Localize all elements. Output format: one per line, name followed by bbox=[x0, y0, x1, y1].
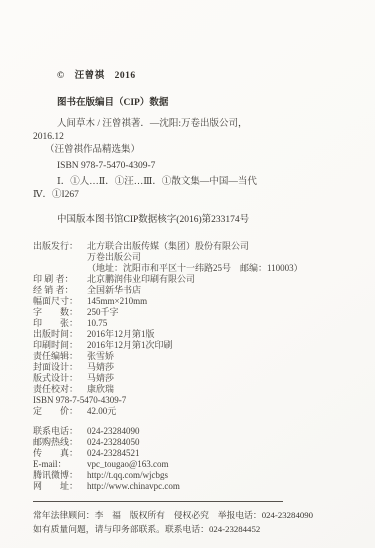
info-value: 145mm×210mm bbox=[87, 296, 357, 307]
contact-label: 传 真： bbox=[33, 448, 87, 459]
info-row: 出版时间： 2016年12月第1版 bbox=[33, 329, 357, 340]
info-value: 全国新华书店 bbox=[87, 285, 357, 296]
info-row: 封面设计： 马婧莎 bbox=[33, 362, 357, 373]
info-row: 责任校对： 康欣瑞 bbox=[33, 384, 357, 395]
contact-value: 024-23284521 bbox=[87, 448, 357, 459]
cip-isbn: ISBN 978-7-5470-4309-7 bbox=[57, 160, 357, 172]
cip-class-line: Ⅰ．①人…Ⅱ．①汪…Ⅲ．①散文集—中国—当代 bbox=[57, 176, 357, 188]
cip-record-number: 中国版本图书馆CIP数据核字(2016)第233174号 bbox=[57, 214, 357, 226]
copyright-symbol: © bbox=[57, 71, 65, 81]
info-label: 定 价： bbox=[33, 406, 87, 417]
info-row: 出版发行： 北方联合出版传媒（集团）股份有限公司 bbox=[33, 241, 357, 252]
legal-footer-line: 如有质量问题，请与印务部联系。联系电话：024-23284452 bbox=[33, 522, 283, 536]
copyright-year: 2016 bbox=[115, 71, 136, 81]
info-label: 印 张： bbox=[33, 318, 87, 329]
contact-row: E-mail： vpc_tougao@163.com bbox=[33, 459, 357, 470]
info-value: 康欣瑞 bbox=[87, 384, 357, 395]
publication-info: 出版发行： 北方联合出版传媒（集团）股份有限公司 万卷出版公司 （地址：沈阳市和… bbox=[33, 241, 357, 417]
info-value: 张雪娇 bbox=[87, 351, 357, 362]
cip-desc-line: （汪曾祺作品精选集） bbox=[45, 144, 357, 156]
cip-heading: 图书在版编目（CIP）数据 bbox=[57, 97, 357, 109]
info-value: 2016年12月第1版 bbox=[87, 329, 357, 340]
contact-label: 邮购热线： bbox=[33, 437, 87, 448]
info-value: 250千字 bbox=[87, 307, 357, 318]
legal-footer-line: 常年法律顾问：李 福 版权所有 侵权必究 举报电话：024-23284090 bbox=[33, 508, 283, 522]
info-row: ISBN 978-7-5470-4309-7 bbox=[33, 395, 357, 406]
contact-value: 024-23284050 bbox=[87, 437, 357, 448]
info-row: 定 价： 42.00元 bbox=[33, 406, 357, 417]
copyright-author: 汪曾祺 bbox=[75, 71, 105, 81]
info-label: 责任编辑： bbox=[33, 351, 87, 362]
contact-value: http://t.qq.com/wjcbgs bbox=[87, 470, 357, 481]
legal-footer: 常年法律顾问：李 福 版权所有 侵权必究 举报电话：024-23284090 如… bbox=[33, 501, 283, 536]
contact-value: vpc_tougao@163.com bbox=[87, 459, 357, 470]
page-content: ©汪曾祺2016 图书在版编目（CIP）数据 人间草木 / 汪曾祺著．—沈阳:万… bbox=[33, 70, 357, 536]
info-row: （地址：沈阳市和平区十一纬路25号 邮编：110003） bbox=[33, 263, 357, 274]
info-value: （地址：沈阳市和平区十一纬路25号 邮编：110003） bbox=[33, 263, 357, 274]
info-value: 10.75 bbox=[87, 318, 357, 329]
info-label: 责任校对： bbox=[33, 384, 87, 395]
info-label: 印刷时间： bbox=[33, 340, 87, 351]
info-row: 印 张： 10.75 bbox=[33, 318, 357, 329]
cip-desc-line: 人间草木 / 汪曾祺著．—沈阳:万卷出版公司， bbox=[57, 118, 357, 130]
info-value: 马婧莎 bbox=[87, 362, 357, 373]
contact-row: 联系电话： 024-23284090 bbox=[33, 426, 357, 437]
info-label: 印 刷 者： bbox=[33, 274, 87, 285]
info-row: 版式设计： 马婧莎 bbox=[33, 373, 357, 384]
info-row: 经 销 者： 全国新华书店 bbox=[33, 285, 357, 296]
contact-label: 网 址： bbox=[33, 481, 87, 492]
info-label: 字 数： bbox=[33, 307, 87, 318]
info-label: 封面设计： bbox=[33, 362, 87, 373]
contact-info: 联系电话： 024-23284090 邮购热线： 024-23284050 传 … bbox=[33, 426, 357, 492]
cip-block: 人间草木 / 汪曾祺著．—沈阳:万卷出版公司， 2016.12 （汪曾祺作品精选… bbox=[33, 118, 357, 201]
info-value: 2016年12月第1次印刷 bbox=[87, 340, 357, 351]
info-label: 经 销 者： bbox=[33, 285, 87, 296]
contact-row: 邮购热线： 024-23284050 bbox=[33, 437, 357, 448]
info-row: 万卷出版公司 bbox=[33, 252, 357, 263]
info-label: 幅面尺寸： bbox=[33, 296, 87, 307]
info-row: 责任编辑： 张雪娇 bbox=[33, 351, 357, 362]
info-row: 印 刷 者： 北京鹏润伟业印刷有限公司 bbox=[33, 274, 357, 285]
info-value: 马婧莎 bbox=[87, 373, 357, 384]
contact-label: 联系电话： bbox=[33, 426, 87, 437]
info-label: 出版发行： bbox=[33, 241, 87, 252]
contact-value: http://www.chinavpc.com bbox=[87, 481, 357, 492]
info-row: 字 数： 250千字 bbox=[33, 307, 357, 318]
book-copyright-page: ©汪曾祺2016 图书在版编目（CIP）数据 人间草木 / 汪曾祺著．—沈阳:万… bbox=[0, 0, 375, 548]
info-value: 北方联合出版传媒（集团）股份有限公司 bbox=[87, 241, 357, 252]
contact-value: 024-23284090 bbox=[87, 426, 357, 437]
cip-class-line: Ⅳ．①I267 bbox=[33, 189, 357, 201]
copyright-line: ©汪曾祺2016 bbox=[57, 70, 357, 82]
contact-row: 网 址： http://www.chinavpc.com bbox=[33, 481, 357, 492]
info-value: ISBN 978-7-5470-4309-7 bbox=[33, 395, 357, 406]
contact-row: 传 真： 024-23284521 bbox=[33, 448, 357, 459]
contact-label: 腾讯微博： bbox=[33, 470, 87, 481]
info-value: 42.00元 bbox=[87, 406, 357, 417]
info-value: 万卷出版公司 bbox=[33, 252, 357, 263]
info-label: 出版时间： bbox=[33, 329, 87, 340]
cip-desc-line: 2016.12 bbox=[33, 131, 357, 143]
contact-row: 腾讯微博： http://t.qq.com/wjcbgs bbox=[33, 470, 357, 481]
info-row: 印刷时间： 2016年12月第1次印刷 bbox=[33, 340, 357, 351]
info-value: 北京鹏润伟业印刷有限公司 bbox=[87, 274, 357, 285]
contact-label: E-mail： bbox=[33, 459, 87, 470]
info-label: 版式设计： bbox=[33, 373, 87, 384]
info-row: 幅面尺寸： 145mm×210mm bbox=[33, 296, 357, 307]
